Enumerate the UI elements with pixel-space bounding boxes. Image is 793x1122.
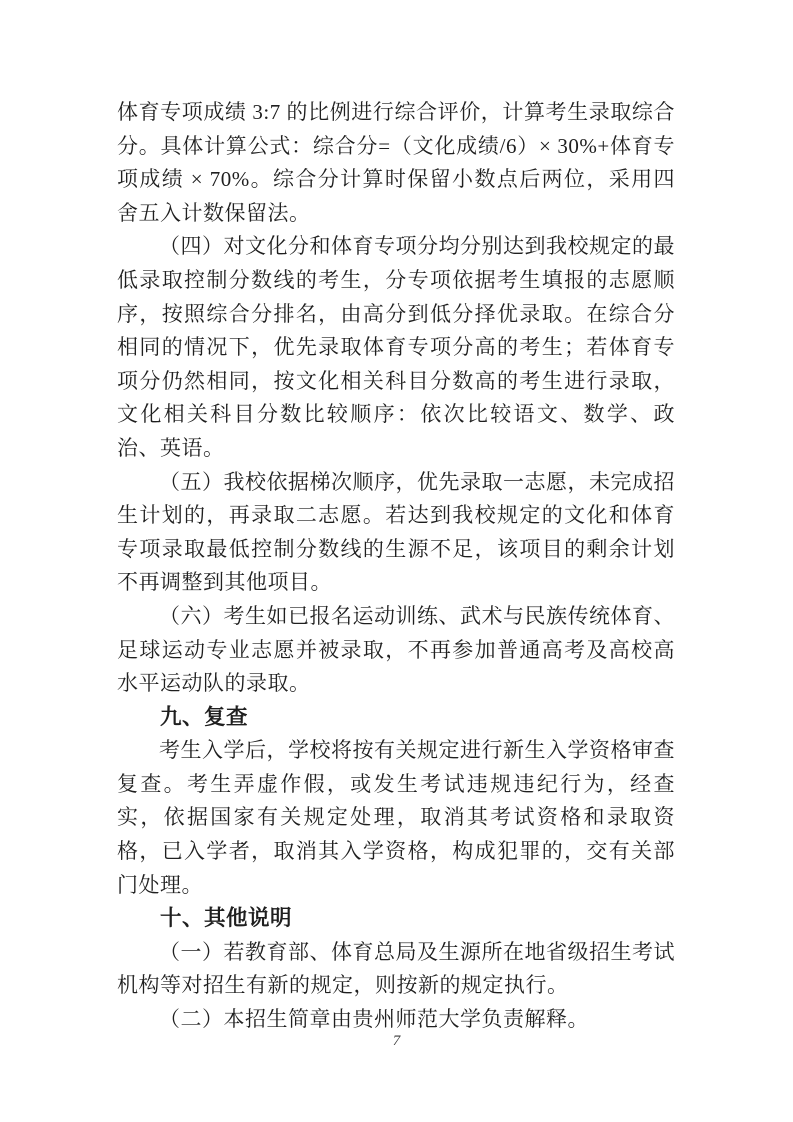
paragraph-item-4: （四）对文化分和体育专项分均分别达到我校规定的最低录取控制分数线的考生，分专项依… xyxy=(117,230,675,465)
paragraph-scoring-formula: 体育专项成绩 3:7 的比例进行综合评价，计算考生录取综合分。具体计算公式：综合… xyxy=(117,96,675,230)
page-number: 7 xyxy=(0,1033,793,1050)
paragraph-item-6: （六）考生如已报名运动训练、武术与民族传统体育、足球运动专业志愿并被录取，不再参… xyxy=(117,600,675,701)
paragraph-item-5: （五）我校依据梯次顺序，优先录取一志愿，未完成招生计划的，再录取二志愿。若达到我… xyxy=(117,466,675,600)
paragraph-other-notes-2: （二）本招生简章由贵州师范大学负责解释。 xyxy=(117,1003,675,1037)
paragraph-review-body: 考生入学后，学校将按有关规定进行新生入学资格审查复查。考生弄虚作假，或发生考试违… xyxy=(117,734,675,902)
section-heading-other-notes: 十、其他说明 xyxy=(117,902,675,936)
section-heading-review: 九、复查 xyxy=(117,701,675,735)
document-body: 体育专项成绩 3:7 的比例进行综合评价，计算考生录取综合分。具体计算公式：综合… xyxy=(117,96,675,1037)
paragraph-other-notes-1: （一）若教育部、体育总局及生源所在地省级招生考试机构等对招生有新的规定，则按新的… xyxy=(117,936,675,1003)
document-page: 体育专项成绩 3:7 的比例进行综合评价，计算考生录取综合分。具体计算公式：综合… xyxy=(0,0,793,1122)
